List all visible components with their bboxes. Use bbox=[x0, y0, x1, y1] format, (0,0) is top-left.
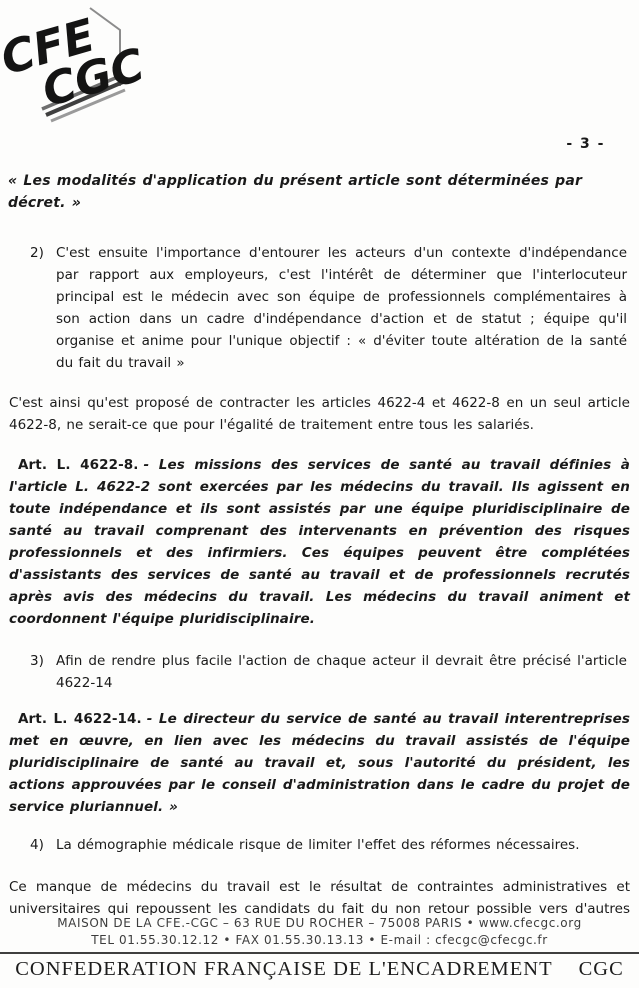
page-number: - 3 - bbox=[0, 136, 639, 152]
footer-address: MAISON DE LA CFE.-CGC – 63 RUE DU ROCHER… bbox=[0, 915, 639, 952]
list-item-2-text: C'est ensuite l'importance d'entourer le… bbox=[56, 242, 627, 374]
document-page: CFE CGC - 3 - « Les modalités d'applicat… bbox=[0, 0, 639, 988]
article-4622-8: Art. L. 4622-8.- Les missions des servic… bbox=[9, 454, 630, 630]
list-item-2: 2) C'est ensuite l'importance d'entourer… bbox=[30, 242, 627, 374]
organization-title: CONFEDERATION FRANÇAISE DE L'ENCADREMENT… bbox=[0, 954, 639, 988]
list-item-4-marker: 4) bbox=[30, 834, 56, 856]
list-item-4-text: La démographie médicale risque de limite… bbox=[56, 834, 627, 856]
article-4622-14: Art. L. 4622-14.- Le directeur du servic… bbox=[9, 708, 630, 818]
list-item-3-text: Afin de rendre plus facile l'action de c… bbox=[56, 650, 627, 694]
paragraph-contracter: C'est ainsi qu'est proposé de contracter… bbox=[9, 392, 630, 436]
organization-acronym: CGC bbox=[579, 958, 624, 980]
list-item-3-marker: 3) bbox=[30, 650, 56, 694]
organization-name: CONFEDERATION FRANÇAISE DE L'ENCADREMENT bbox=[15, 958, 552, 980]
article-4622-8-text: - Les missions des services de santé au … bbox=[9, 457, 630, 627]
article-4622-14-label: Art. L. 4622-14. bbox=[18, 711, 142, 727]
cfe-cgc-logo: CFE CGC bbox=[6, 6, 132, 122]
cfe-cgc-logo-graphic: CFE CGC bbox=[6, 6, 132, 122]
footer-address-line2: TEL 01.55.30.12.12 • FAX 01.55.30.13.13 … bbox=[0, 932, 639, 949]
decree-quote: « Les modalités d'application du présent… bbox=[8, 170, 631, 214]
letterhead-footer: MAISON DE LA CFE.-CGC – 63 RUE DU ROCHER… bbox=[0, 915, 639, 988]
footer-address-line1: MAISON DE LA CFE.-CGC – 63 RUE DU ROCHER… bbox=[0, 915, 639, 932]
article-4622-8-label: Art. L. 4622-8. bbox=[18, 457, 139, 473]
list-item-3: 3) Afin de rendre plus facile l'action d… bbox=[30, 650, 627, 694]
list-item-4: 4) La démographie médicale risque de lim… bbox=[30, 834, 627, 856]
list-item-2-marker: 2) bbox=[30, 242, 56, 374]
